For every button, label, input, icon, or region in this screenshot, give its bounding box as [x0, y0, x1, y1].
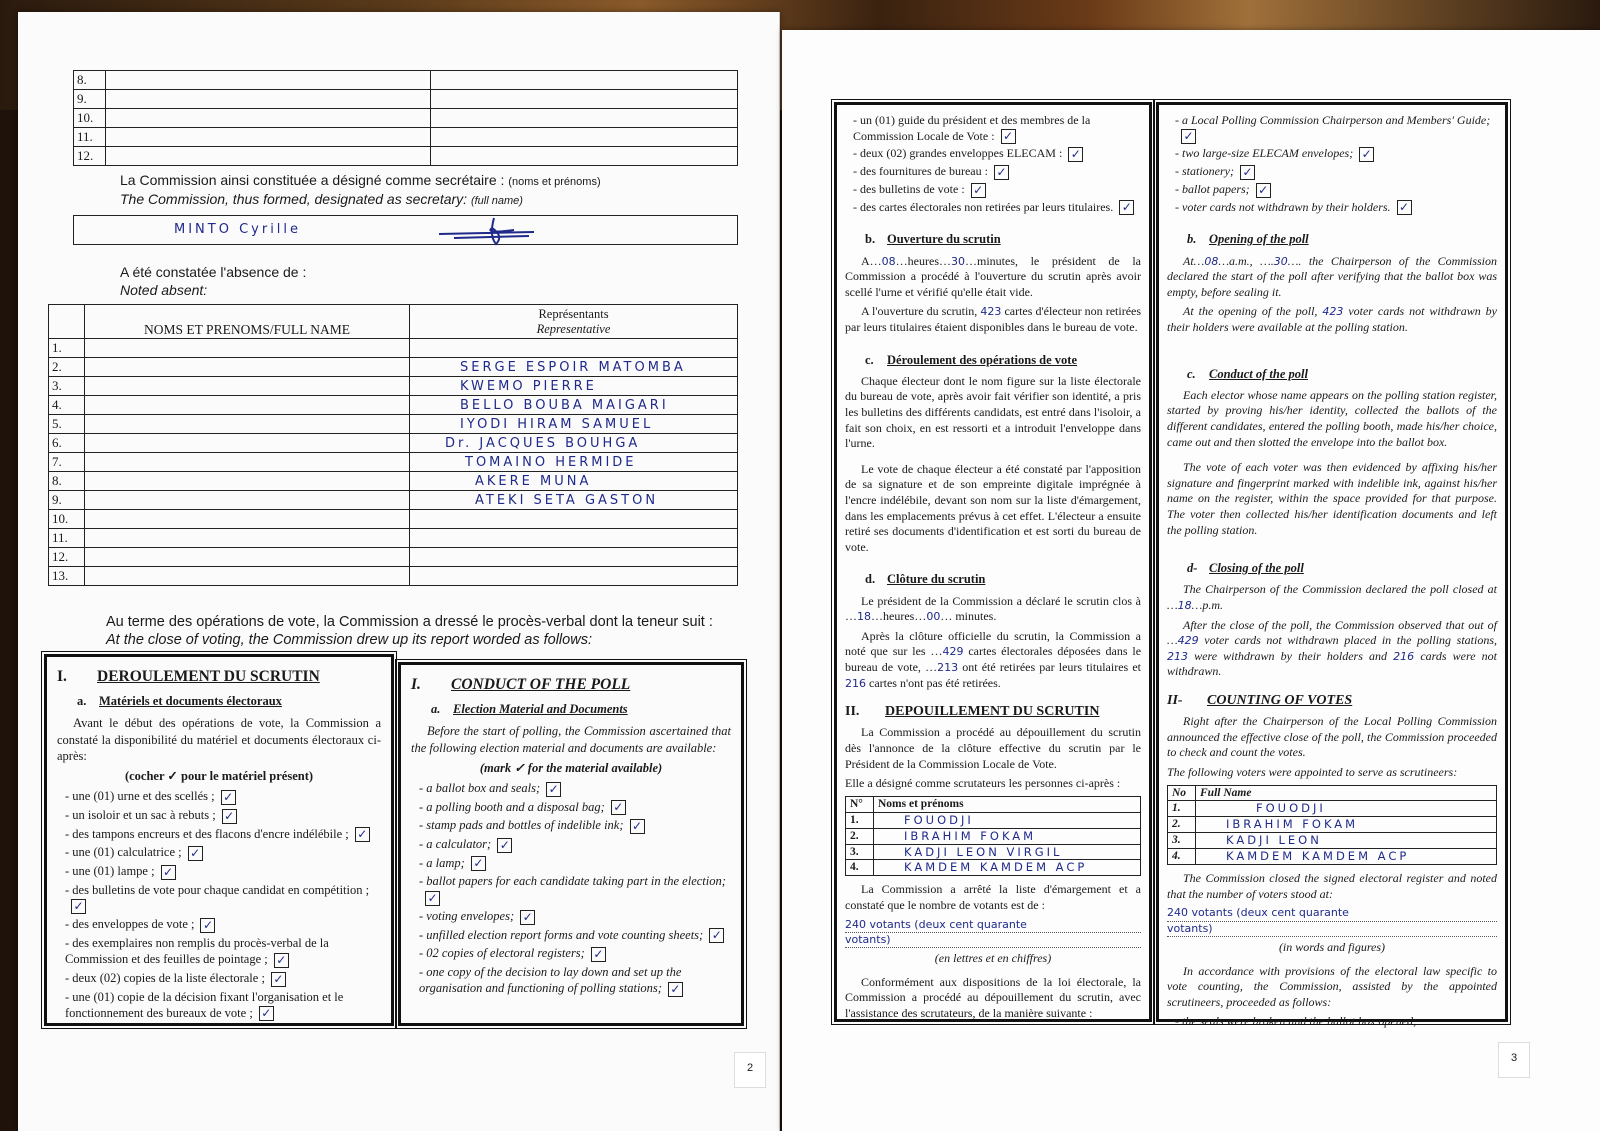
list-item: des tampons encreurs et des flacons d'en…: [65, 826, 381, 843]
table-row: 4.BELLO BOUBA MAIGARI: [49, 396, 738, 415]
table-row: 13.: [49, 567, 738, 586]
page-2: 8. 9. 10. 11. 12. La Commission ainsi co…: [18, 12, 780, 1131]
counting-en-column: a Local Polling Commission Chairperson a…: [1156, 102, 1508, 1022]
closing-time-en: The Chairperson of the Commission declar…: [1167, 582, 1497, 613]
voters-count-en-line2: votants): [1167, 922, 1497, 937]
list-item: deux (02) copies de la liste électorale …: [65, 970, 381, 987]
voters-hint-en: (in words and figures): [1167, 940, 1497, 956]
counting-p3-en: The Commission closed the signed elector…: [1167, 871, 1497, 902]
list-item: des cartes électorales non retirées par …: [853, 200, 1141, 216]
signature-icon: [434, 216, 554, 246]
checkbox[interactable]: ✓: [994, 165, 1009, 180]
section-title-fr: I.DEROULEMENT DU SCRUTIN: [57, 667, 381, 687]
closing-statement-fr: Au terme des opérations de vote, la Comm…: [106, 614, 713, 630]
instruction-fr: (cocher ✓ pour le matériel présent): [57, 768, 381, 784]
table-row: 4.KAMDEM KAMDEM ACP: [1168, 849, 1497, 865]
conduct-p1-en: Each elector whose name appears on the p…: [1167, 388, 1497, 450]
opening-title-fr: b.Ouverture du scrutin: [865, 231, 1141, 247]
checkbox[interactable]: ✓: [221, 790, 236, 805]
table-row: 2.IBRAHIM FOKAM: [1168, 817, 1497, 833]
list-item: the seals were broken and the ballot box…: [1175, 1014, 1497, 1030]
closing-statement-en: At the close of voting, the Commission d…: [106, 632, 592, 648]
checkbox[interactable]: ✓: [497, 838, 512, 853]
material-list-fr: une (01) urne et des scellés ;✓ un isolo…: [57, 788, 381, 1021]
opening-title-en: b.Opening of the poll: [1187, 231, 1497, 247]
checkbox[interactable]: ✓: [709, 928, 724, 943]
checkbox[interactable]: ✓: [668, 982, 683, 997]
scrutineers-table-en: NoFull Name 1.FOUODJI 2.IBRAHIM FOKAM 3.…: [1167, 785, 1497, 866]
list-item: unfilled election report forms and vote …: [419, 927, 731, 944]
checkbox[interactable]: ✓: [274, 953, 289, 968]
page-3: un (01) guide du président et des membre…: [782, 30, 1600, 1131]
conduct-p1-fr: Chaque électeur dont le nom figure sur l…: [845, 374, 1141, 452]
checkbox[interactable]: ✓: [1068, 147, 1083, 162]
list-item: une (01) copie de la décision fixant l'o…: [65, 989, 381, 1022]
checkbox[interactable]: ✓: [630, 819, 645, 834]
counting-fr-column: un (01) guide du président et des membre…: [834, 102, 1152, 1022]
table-row: 8.AKERE MUNA: [49, 472, 738, 491]
checkbox[interactable]: ✓: [259, 1006, 274, 1021]
counting-p4-en: In accordance with provisions of the ele…: [1167, 964, 1497, 1011]
table-row: 10.: [74, 109, 738, 128]
checkbox[interactable]: ✓: [222, 809, 237, 824]
list-item: voter cards not withdrawn by their holde…: [1175, 200, 1497, 216]
checkbox[interactable]: ✓: [591, 947, 606, 962]
intro-en: Before the start of polling, the Commiss…: [411, 723, 731, 756]
checkbox[interactable]: ✓: [71, 899, 86, 914]
list-item: des bulletins de vote pour chaque candid…: [65, 882, 381, 915]
list-item: un (01) guide du président et des membre…: [853, 113, 1141, 144]
list-item: two large-size ELECAM envelopes;✓: [1175, 146, 1497, 162]
voters-count-en-line1: 240 votants (deux cent quarante: [1167, 906, 1497, 921]
checkbox[interactable]: ✓: [520, 910, 535, 925]
subsection-title-fr: a.Matériels et documents électoraux: [77, 693, 381, 709]
opening-cards-value-fr: 423: [980, 305, 1001, 318]
conduct-p2-fr: Le vote de chaque électeur a été constat…: [845, 462, 1141, 556]
list-item: a polling booth and a disposal bag;✓: [419, 799, 731, 816]
opening-hours-fr: 08: [882, 255, 896, 268]
checkbox[interactable]: ✓: [471, 856, 486, 871]
table-row: 12.: [49, 548, 738, 567]
counting-p1-en: Right after the Chairperson of the Local…: [1167, 714, 1497, 761]
checkbox[interactable]: ✓: [271, 972, 286, 987]
checkbox[interactable]: ✓: [611, 800, 626, 815]
instruction-en: (mark ✓ for the material available): [411, 760, 731, 776]
table-row: 12.: [74, 147, 738, 166]
list-item: a ballot box and seals;✓: [419, 780, 731, 797]
counting-title-fr: II.DEPOUILLEMENT DU SCRUTIN: [845, 703, 1141, 721]
voters-count-fr-line2: votants): [845, 933, 1141, 948]
table-row: 7.TOMAINO HERMIDE: [49, 453, 738, 472]
list-item: stamp pads and bottles of indelible ink;…: [419, 817, 731, 834]
table-row: 2.SERGE ESPOIR MATOMBA: [49, 358, 738, 377]
conduct-title-fr: c.Déroulement des opérations de vote: [865, 352, 1141, 368]
list-item: stationery;✓: [1175, 164, 1497, 180]
table-row: 10.: [49, 510, 738, 529]
list-item: une (01) calculatrice ;✓: [65, 844, 381, 861]
checkbox[interactable]: ✓: [1359, 147, 1374, 162]
opening-text-en: At…08…a.m., ….30…. the Chairperson of th…: [1167, 254, 1497, 301]
checkbox[interactable]: ✓: [546, 782, 561, 797]
table-row: 11.: [74, 128, 738, 147]
conduct-fr-box: I.DEROULEMENT DU SCRUTIN a.Matériels et …: [44, 654, 394, 1026]
list-item: one copy of the decision to lay down and…: [419, 964, 731, 997]
opening-cards-en: At the opening of the poll, 423 voter ca…: [1167, 304, 1497, 335]
table-row: 9.ATEKI SETA GASTON: [49, 491, 738, 510]
table-row: 6.Dr. JACQUES BOUHGA: [49, 434, 738, 453]
page-number: 2: [734, 1052, 766, 1088]
checkbox[interactable]: ✓: [200, 918, 215, 933]
subsection-title-en: a.Election Material and Documents: [431, 701, 731, 717]
counting-title-en: II-COUNTING OF VOTES: [1167, 692, 1497, 710]
list-item: une (01) urne et des scellés ;✓: [65, 788, 381, 805]
checkbox[interactable]: ✓: [1181, 129, 1196, 144]
secretary-field: MINTO Cyrille: [73, 215, 738, 245]
secretary-name: MINTO Cyrille: [174, 222, 301, 237]
checkbox[interactable]: ✓: [1256, 183, 1271, 198]
list-item: des enveloppes de vote ;✓: [65, 916, 381, 933]
table-row: 1.: [49, 339, 738, 358]
counting-p4-fr: Conformément aux dispositions de la loi …: [845, 975, 1141, 1022]
opening-minutes-fr: 30: [951, 255, 965, 268]
table-row: 2.IBRAHIM FOKAM: [846, 828, 1141, 844]
page-number: 3: [1498, 1042, 1530, 1078]
list-item: des bulletins de vote :✓: [853, 182, 1141, 198]
table-row: 4.KAMDEM KAMDEM ACP: [846, 860, 1141, 876]
scrutineers-table-fr: N°Noms et prénoms 1.FOUODJI 2.IBRAHIM FO…: [845, 796, 1141, 877]
table-row: 3.KWEMO PIERRE: [49, 377, 738, 396]
opening-text-fr: A…08…heures…30…minutes, le président de …: [845, 254, 1141, 301]
closing-title-fr: d.Clôture du scrutin: [865, 571, 1141, 587]
counting-p1-fr: La Commission a procédé au dépouillement…: [845, 725, 1141, 772]
opening-cards-fr: A l'ouverture du scrutin, 423 cartes d'é…: [845, 304, 1141, 335]
voters-count-fr-line1: 240 votants (deux cent quarante: [845, 918, 1141, 933]
checkbox[interactable]: ✓: [188, 846, 203, 861]
intro-fr: Avant le début des opérations de vote, l…: [57, 715, 381, 764]
absent-label-en: Noted absent:: [120, 282, 207, 298]
secretary-label-fr: La Commission ainsi constituée a désigné…: [120, 172, 601, 188]
secretary-label-en: The Commission, thus formed, designated …: [120, 191, 523, 207]
absent-table: NOMS ET PRENOMS/FULL NAME Représentants …: [48, 304, 738, 586]
conduct-title-en: c.Conduct of the poll: [1187, 366, 1497, 382]
table-row: 3.KADJI LEON VIRGIL: [846, 844, 1141, 860]
counting-p2-en: The following voters were appointed to s…: [1167, 765, 1497, 781]
material-list-en-cont: a Local Polling Commission Chairperson a…: [1167, 113, 1497, 215]
members-table-continued: 8. 9. 10. 11. 12.: [73, 70, 738, 166]
list-item: voting envelopes;✓: [419, 908, 731, 925]
list-item: a calculator;✓: [419, 836, 731, 853]
closing-cards-fr: Après la clôture officielle du scrutin, …: [845, 629, 1141, 691]
table-row: 1.FOUODJI: [846, 812, 1141, 828]
closing-cards-en: After the close of the poll, the Commiss…: [1167, 618, 1497, 680]
checkbox[interactable]: ✓: [1119, 200, 1134, 215]
material-list-fr-cont: un (01) guide du président et des membre…: [845, 113, 1141, 215]
table-row: 8.: [74, 71, 738, 90]
checkbox[interactable]: ✓: [1240, 165, 1255, 180]
list-item: ballot papers;✓: [1175, 182, 1497, 198]
absent-label-fr: A été constatée l'absence de :: [120, 264, 306, 280]
checkbox[interactable]: ✓: [1001, 129, 1016, 144]
list-item: des exemplaires non remplis du procès-ve…: [65, 935, 381, 968]
counting-p2-fr: Elle a désigné comme scrutateurs les per…: [845, 776, 1141, 792]
list-item: 02 copies of electoral registers;✓: [419, 945, 731, 962]
table-row: 11.: [49, 529, 738, 548]
section-title-en: I.CONDUCT OF THE POLL: [411, 675, 731, 695]
list-item: des fournitures de bureau :✓: [853, 164, 1141, 180]
list-item: deux (02) grandes enveloppes ELECAM :✓: [853, 146, 1141, 162]
absent-table-header: NOMS ET PRENOMS/FULL NAME Représentants …: [49, 305, 738, 339]
voters-hint-fr: (en lettres et en chiffres): [845, 951, 1141, 967]
conduct-p2-en: The vote of each voter was then evidence…: [1167, 460, 1497, 538]
list-item: un isoloir et un sac à rebuts ;✓: [65, 807, 381, 824]
checkbox[interactable]: ✓: [971, 183, 986, 198]
conduct-en-box: I.CONDUCT OF THE POLL a.Election Materia…: [398, 662, 744, 1026]
closing-title-en: d-Closing of the poll: [1187, 560, 1497, 576]
table-row: 3.KADJI LEON: [1168, 833, 1497, 849]
list-item: ballot papers for each candidate taking …: [419, 873, 731, 906]
checkbox[interactable]: ✓: [161, 865, 176, 880]
material-list-en: a ballot box and seals;✓ a polling booth…: [411, 780, 731, 997]
list-item: a lamp;✓: [419, 855, 731, 872]
checkbox[interactable]: ✓: [425, 891, 440, 906]
table-row: 5.IYODI HIRAM SAMUEL: [49, 415, 738, 434]
list-item: a Local Polling Commission Chairperson a…: [1175, 113, 1497, 144]
table-row: 1.FOUODJI: [1168, 801, 1497, 817]
table-row: 9.: [74, 90, 738, 109]
checkbox[interactable]: ✓: [355, 827, 370, 842]
closing-time-fr: Le président de la Commission a déclaré …: [845, 594, 1141, 625]
list-item: une (01) lampe ;✓: [65, 863, 381, 880]
counting-p3-fr: La Commission a arrêté la liste d'émarge…: [845, 882, 1141, 913]
checkbox[interactable]: ✓: [1397, 200, 1412, 215]
